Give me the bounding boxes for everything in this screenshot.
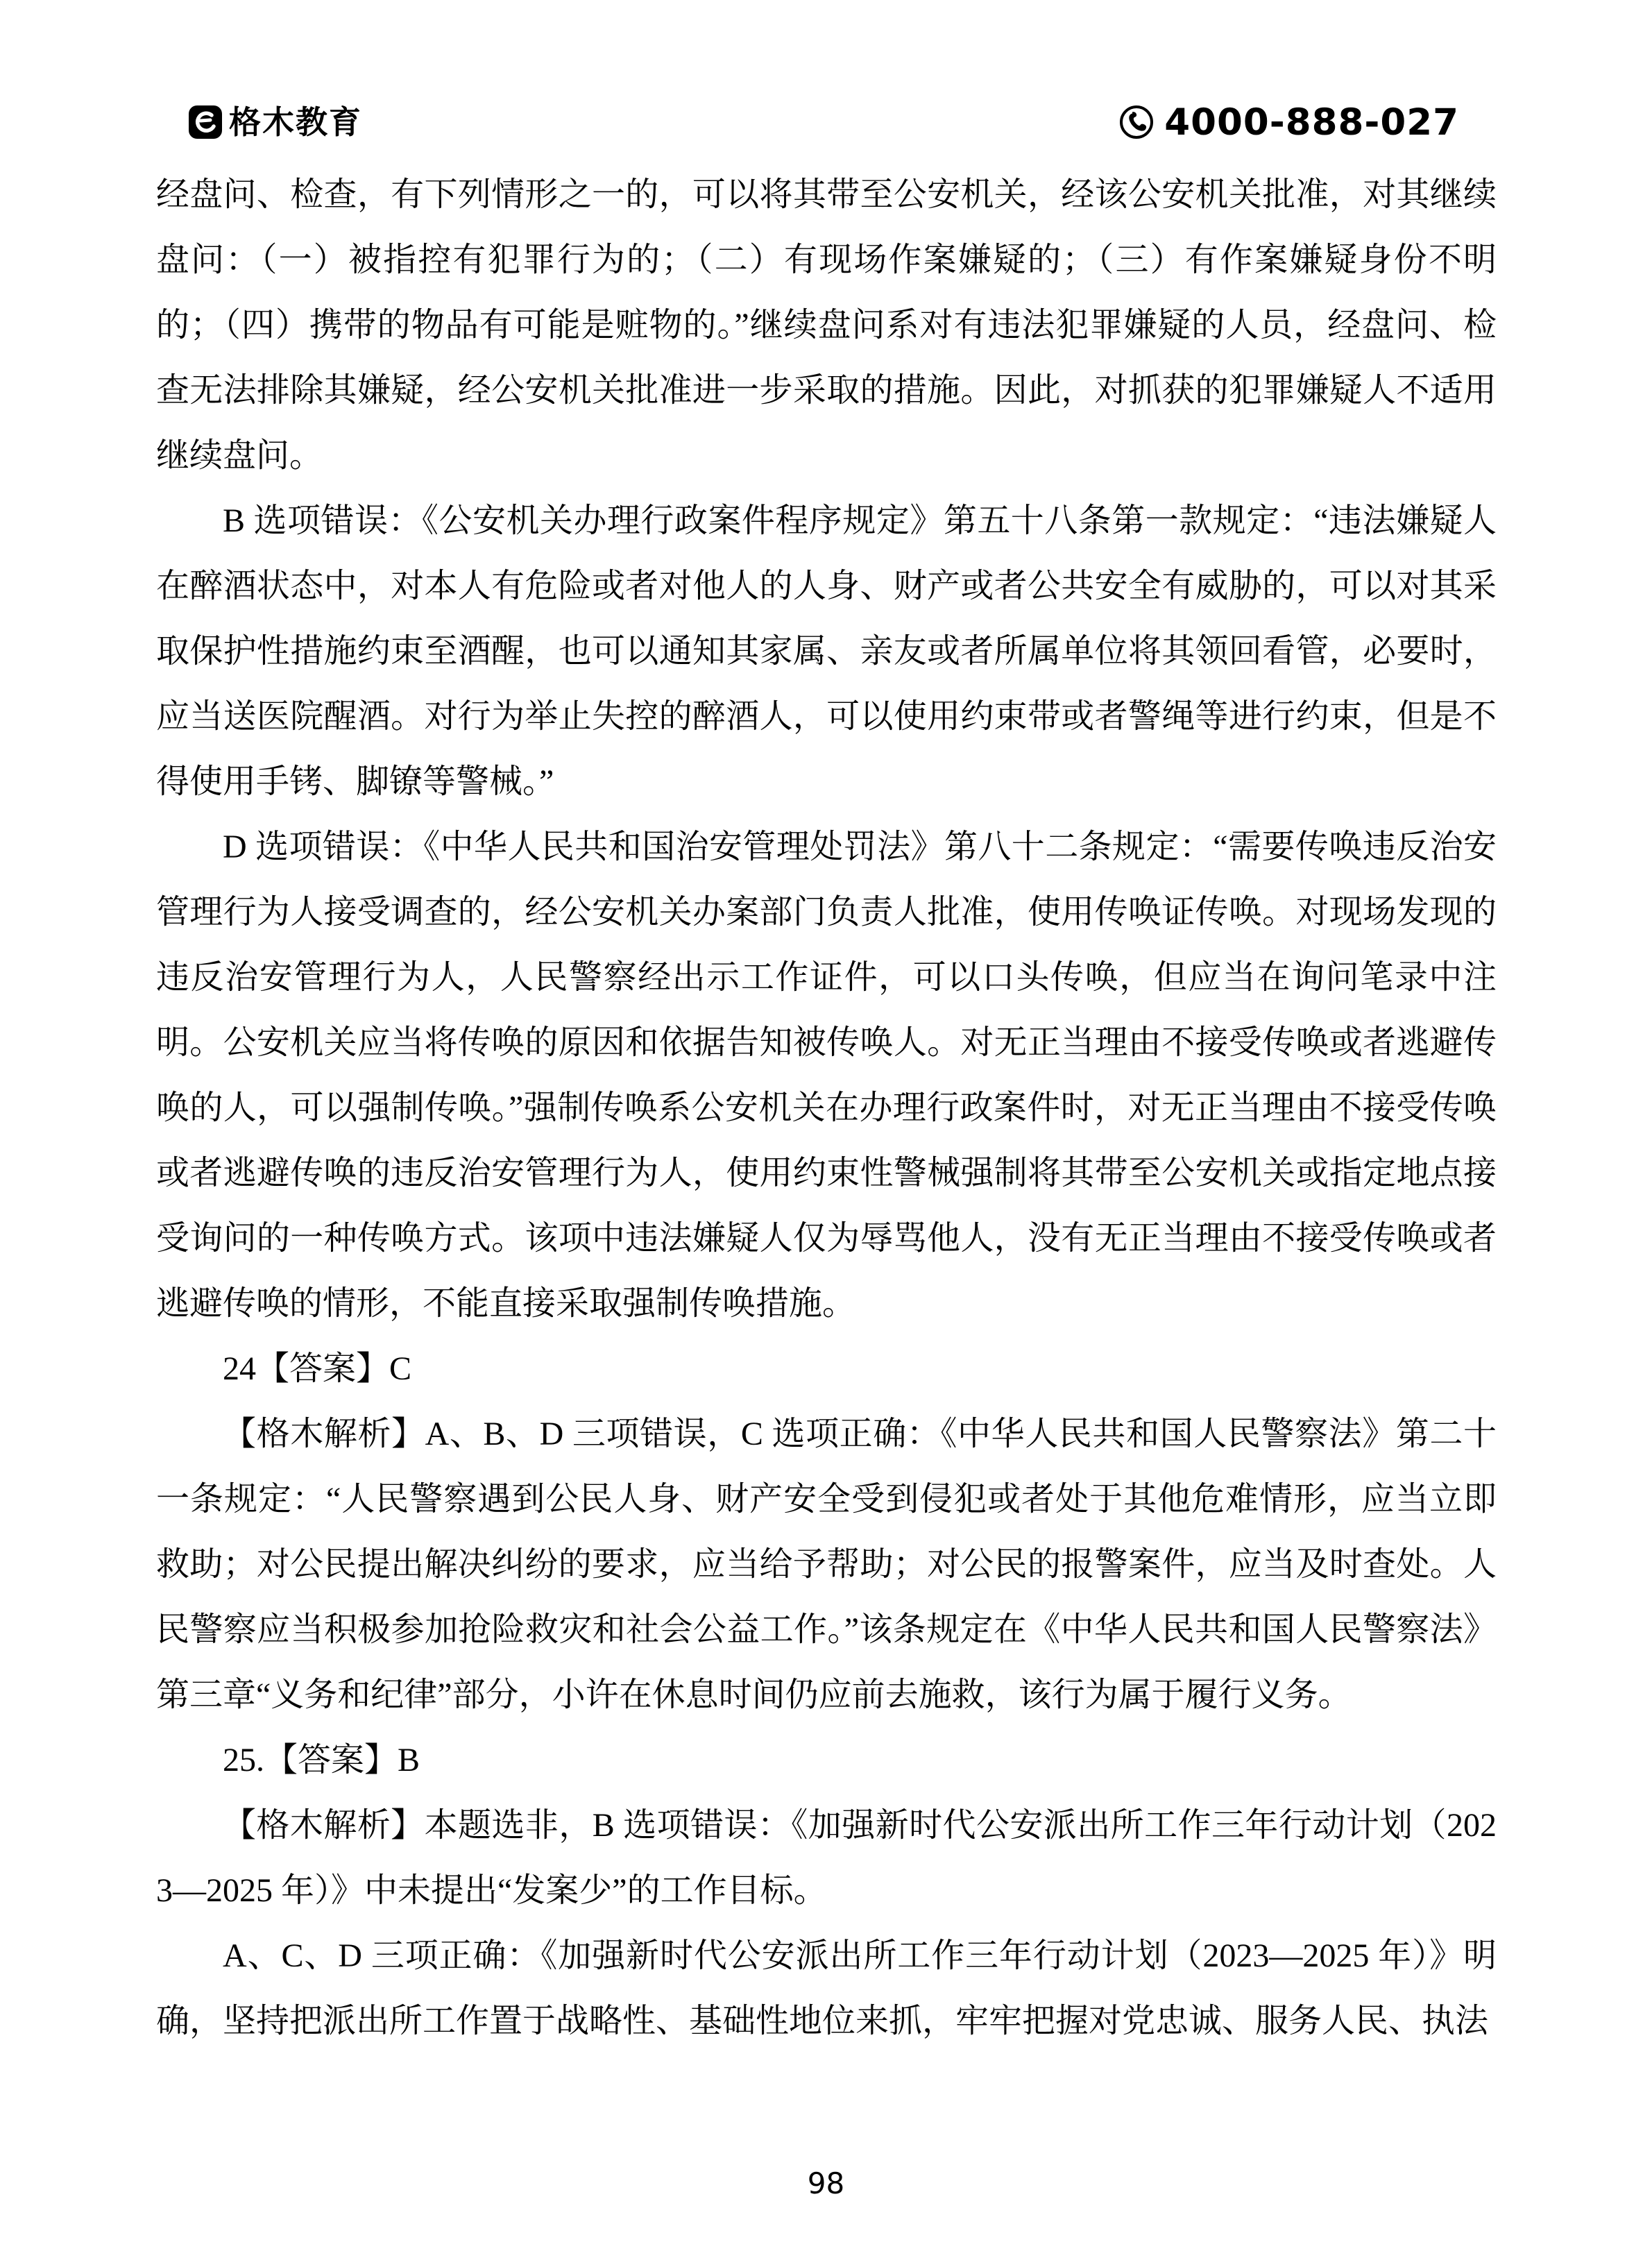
- page-number: 98: [808, 2166, 844, 2200]
- gemu-logo-icon: [189, 105, 222, 139]
- paragraph: 24【答案】C: [156, 1336, 1497, 1402]
- paragraph: 【格木解析】A、B、D 三项错误，C 选项正确：《中华人民共和国人民警察法》第二…: [156, 1402, 1497, 1728]
- page-footer: 98: [0, 2166, 1652, 2200]
- logo-text: 格木教育: [229, 106, 362, 138]
- logo: 格木教育: [189, 105, 362, 139]
- phone-contact: 4000-888-027: [1118, 104, 1459, 141]
- paragraph: 25.【答案】B: [156, 1728, 1497, 1793]
- phone-number: 4000-888-027: [1164, 104, 1459, 141]
- paragraph: B 选项错误：《公安机关办理行政案件程序规定》第五十八条第一款规定：“违法嫌疑人…: [156, 489, 1497, 815]
- page-header: 格木教育 4000-888-027: [189, 101, 1459, 143]
- document-body: 经盘问、检查，有下列情形之一的，可以将其带至公安机关，经该公安机关批准，对其继续…: [156, 162, 1497, 2054]
- paragraph: D 选项错误：《中华人民共和国治安管理处罚法》第八十二条规定：“需要传唤违反治安…: [156, 815, 1497, 1336]
- paragraph: 【格木解析】本题选非，B 选项错误：《加强新时代公安派出所工作三年行动计划（20…: [156, 1793, 1497, 1923]
- paragraph: 经盘问、检查，有下列情形之一的，可以将其带至公安机关，经该公安机关批准，对其继续…: [156, 162, 1497, 489]
- document-page: 格木教育 4000-888-027 经盘问、检查，有下列情形之一的，可以将其带至…: [0, 0, 1652, 2242]
- phone-icon: [1118, 104, 1155, 140]
- paragraph: A、C、D 三项正确：《加强新时代公安派出所工作三年行动计划（2023—2025…: [156, 1923, 1497, 2054]
